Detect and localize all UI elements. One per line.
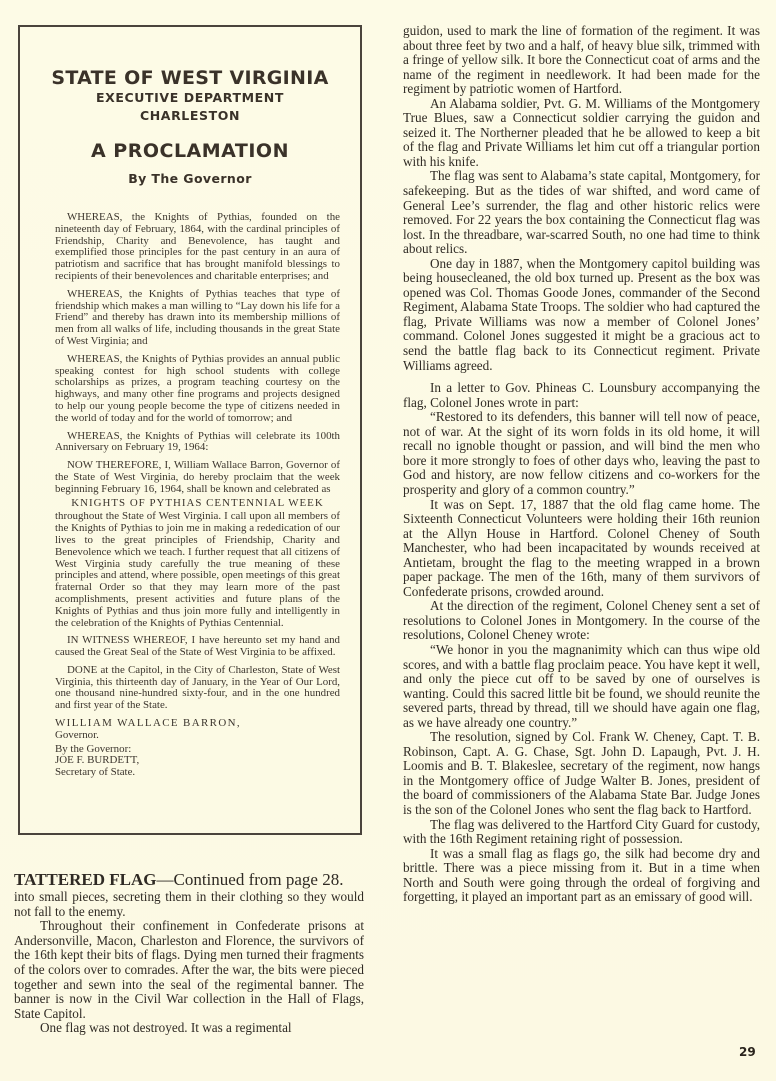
whereas-paragraph: WHEREAS, the Knights of Pythias provides… [55, 354, 340, 425]
page-number: 29 [739, 1045, 756, 1059]
whereas-paragraph: WHEREAS, the Knights of Pythias, founded… [55, 212, 340, 283]
witness-paragraph: IN WITNESS WHEREOF, I have hereunto set … [55, 635, 340, 659]
proclamation-body: WHEREAS, the Knights of Pythias, founded… [36, 212, 344, 779]
attestation: By the Governor: JOE F. BURDETT, Secreta… [55, 744, 340, 779]
article-right-column: guidon, used to mark the line of formati… [403, 24, 760, 905]
article-paragraph: The flag was sent to Alabama’s state cap… [403, 169, 760, 256]
article-paragraph: In a letter to Gov. Phineas C. Lounsbury… [403, 381, 760, 410]
done-paragraph: DONE at the Capitol, in the City of Char… [55, 665, 340, 712]
proclamation-title: A PROCLAMATION [36, 139, 344, 163]
article-quote: “We honor in you the magnanimity which c… [403, 643, 760, 730]
article-paragraph: Throughout their confinement in Confeder… [14, 919, 364, 1021]
tattered-flag-heading: TATTERED FLAG—Continued from page 28. [14, 870, 364, 890]
article-paragraph: One day in 1887, when the Montgomery cap… [403, 257, 760, 373]
article-paragraph: The flag was delivered to the Hartford C… [403, 818, 760, 847]
article-paragraph: into small pieces, secreting them in the… [14, 890, 364, 919]
magazine-page: STATE OF WEST VIRGINIA EXECUTIVE DEPARTM… [0, 0, 776, 1081]
now-therefore-paragraph: NOW THEREFORE, I, William Wallace Barron… [55, 460, 340, 495]
centennial-week-title: KNIGHTS OF PYTHIAS CENTENNIAL WEEK [55, 498, 340, 510]
article-paragraph: guidon, used to mark the line of formati… [403, 24, 760, 97]
article-paragraph: The resolution, signed by Col. Frank W. … [403, 730, 760, 817]
proclamation-box: STATE OF WEST VIRGINIA EXECUTIVE DEPARTM… [18, 25, 362, 835]
governor-title: Governor. [55, 729, 99, 741]
tattered-flag-heading-bold: TATTERED FLAG [14, 870, 156, 889]
article-quote: “Restored to its defenders, this banner … [403, 410, 760, 497]
proclamation-department: EXECUTIVE DEPARTMENT [36, 89, 344, 107]
attest-title: Secretary of State. [55, 767, 340, 779]
article-paragraph: An Alabama soldier, Pvt. G. M. Williams … [403, 97, 760, 170]
article-paragraph: It was a small flag as flags go, the sil… [403, 847, 760, 905]
proclamation-byline: By The Governor [36, 171, 344, 186]
proclamation-city: CHARLESTON [36, 107, 344, 125]
proclamation-state-heading: STATE OF WEST VIRGINIA [36, 67, 344, 89]
article-paragraph: At the direction of the regiment, Colone… [403, 599, 760, 643]
whereas-paragraph: WHEREAS, the Knights of Pythias will cel… [55, 431, 340, 455]
whereas-paragraph: WHEREAS, the Knights of Pythias teaches … [55, 289, 340, 348]
proclamation-continuation: throughout the State of West Virginia. I… [55, 511, 340, 629]
tattered-flag-continuation: TATTERED FLAG—Continued from page 28. in… [14, 870, 364, 1036]
governor-signature: WILLIAM WALLACE BARRON, Governor. [55, 718, 340, 742]
article-paragraph: It was on Sept. 17, 1887 that the old fl… [403, 498, 760, 600]
tattered-flag-heading-rest: —Continued from page 28. [156, 870, 343, 889]
article-paragraph: One flag was not destroyed. It was a reg… [14, 1021, 364, 1036]
